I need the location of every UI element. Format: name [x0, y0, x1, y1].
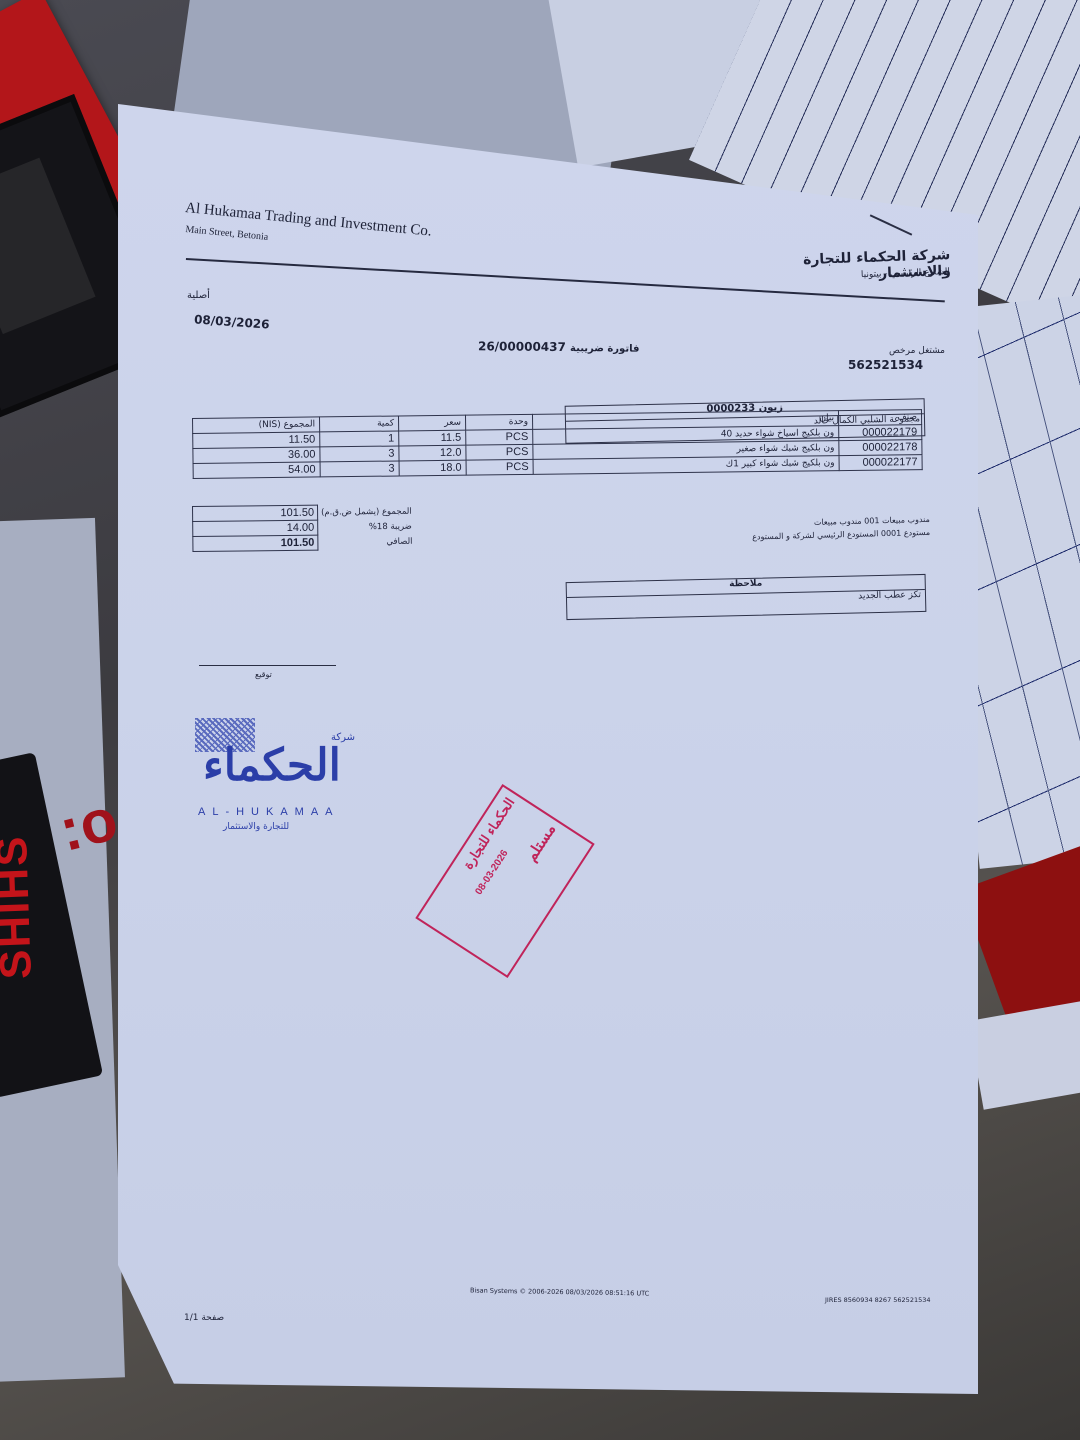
cell-code: 000022179 [839, 425, 922, 441]
cell-description: ون بلكيج شبك شواء كبير 1ك [533, 456, 839, 475]
header-total: المجموع (NIS) [193, 417, 320, 434]
totals-label: المجموع (يشمل ض.ق.م) [317, 504, 415, 520]
company-logo: شركة الحكماء AL-HUKAMAA للتجارة والاستثم… [193, 718, 363, 838]
page-number: صفحة 1/1 [184, 1313, 224, 1323]
cell-price: 18.0 [399, 460, 466, 476]
totals-value: 101.50 [193, 535, 318, 551]
cell-price: 11.5 [399, 430, 466, 446]
logo-name-ar: الحكماء [203, 740, 341, 791]
totals-value: 14.00 [193, 520, 318, 536]
cell-unit: PCS [466, 444, 533, 460]
cell-quantity: 1 [320, 431, 399, 447]
cell-total: 36.00 [193, 447, 320, 464]
header-code: صنف [838, 410, 921, 426]
logo-tagline: للتجارة والاستثمار [223, 822, 289, 832]
signature-label: توقيع [255, 670, 272, 679]
cell-total: 54.00 [193, 462, 320, 479]
background-red-lettering: SHIHS [0, 834, 42, 980]
cell-code: 000022178 [839, 440, 922, 456]
copy-label: أصلية [187, 290, 210, 301]
customer-tax-id: 562521534 [848, 358, 923, 372]
signature-line [199, 665, 336, 666]
customer-type-label: مشتغل مرخص [845, 346, 945, 356]
cell-price: 12.0 [399, 445, 466, 461]
cell-unit: PCS [466, 429, 533, 445]
header-price: سعر [398, 415, 465, 431]
background-white-sheet [968, 1000, 1080, 1109]
cell-quantity: 3 [320, 461, 399, 477]
totals-label: ضريبة 18% [318, 519, 416, 535]
invoice-number: 26/00000437 [478, 339, 566, 354]
footer-ref: JIRES 8560934 8267 562521534 [825, 1296, 931, 1304]
header-quantity: كمية [319, 416, 398, 432]
totals-row: 101.50الصافي [193, 534, 416, 551]
cell-total: 11.50 [193, 432, 320, 449]
cell-quantity: 3 [320, 446, 399, 462]
invoice-title: 26/00000437 فاتورة ضريبية [478, 339, 640, 354]
header-unit: وحدة [465, 414, 532, 430]
totals-label: الصافي [318, 534, 416, 550]
cell-unit: PCS [466, 459, 533, 475]
cell-code: 000022177 [839, 455, 922, 471]
totals-value: 101.50 [193, 505, 318, 521]
logo-name-en: AL-HUKAMAA [198, 806, 340, 818]
items-table: المجموع (NIS) كمية سعر وحدة بيان صنف 11.… [192, 409, 923, 479]
totals-table: 101.50المجموع (يشمل ض.ق.م)14.00ضريبة 18%… [192, 504, 416, 552]
invoice-type: فاتورة ضريبية [570, 343, 639, 355]
